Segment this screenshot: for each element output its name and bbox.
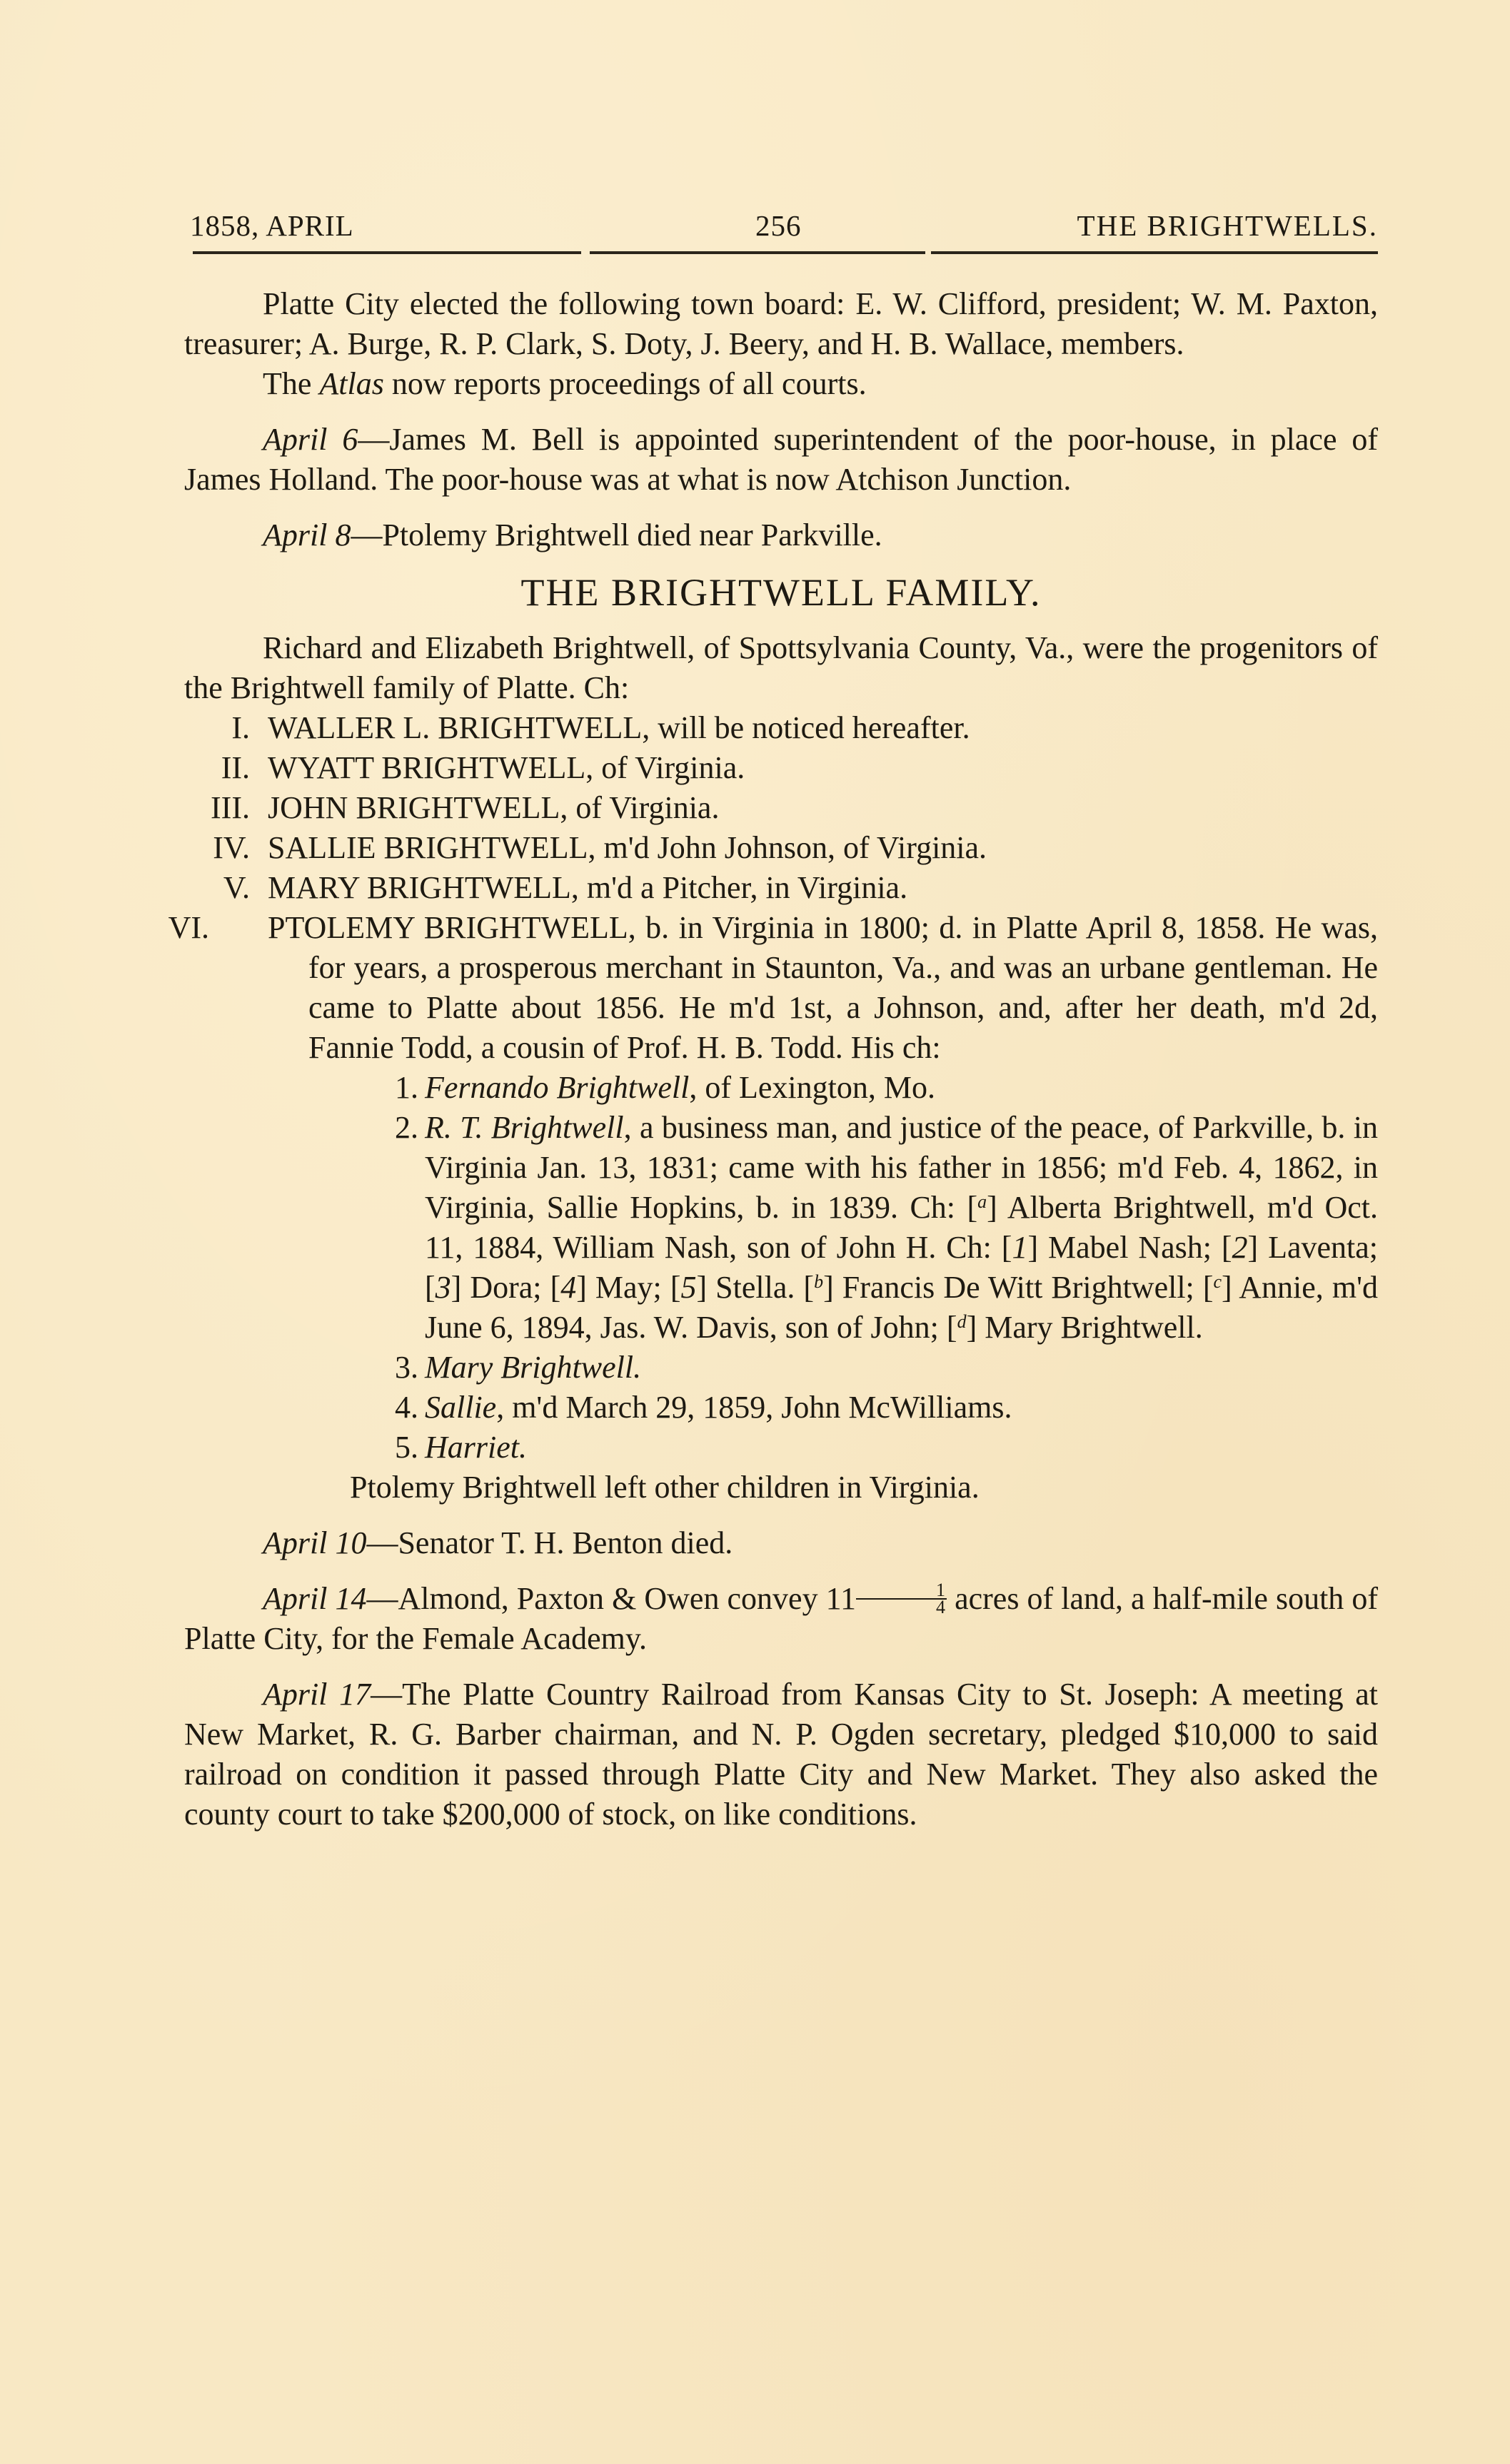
marker-d: d <box>957 1311 967 1332</box>
atlas-paragraph: The Atlas now reports proceedings of all… <box>184 364 1378 404</box>
child-b-text: Francis De Witt Brightwell; <box>834 1270 1194 1305</box>
child-entry: II. WYATT BRIGHTWELL, of Virginia. <box>184 748 1378 788</box>
child-name: MARY BRIGHTWELL, <box>268 870 579 905</box>
roman-numeral: III. <box>184 788 250 828</box>
nash-child: Dora; <box>461 1270 541 1305</box>
grandchild-name: Sallie <box>425 1390 496 1425</box>
item-number: 5. <box>395 1428 425 1468</box>
child-entry-ptolemy: VI. PTOLEMY BRIGHTWELL, b. in Virginia i… <box>184 908 1378 1068</box>
grandchild-name: Mary Brightwell. <box>425 1350 641 1385</box>
running-head-date: 1858, APRIL <box>190 208 354 243</box>
child-text: m'd a Pitcher, in Virginia. <box>579 870 907 905</box>
atlas-prefix: The <box>263 366 319 401</box>
entry-date: April 8 <box>263 517 351 552</box>
family-intro: Richard and Elizabeth Brightwell, of Spo… <box>184 628 1378 708</box>
marker-b: b <box>814 1271 823 1292</box>
entry-date: April 17 <box>263 1677 371 1712</box>
child-name: SALLIE BRIGHTWELL, <box>268 830 595 865</box>
child-text: will be noticed hereafter. <box>650 710 970 745</box>
child-name: JOHN BRIGHTWELL, <box>268 790 568 825</box>
child-entry: III. JOHN BRIGHTWELL, of Virginia. <box>184 788 1378 828</box>
page-number: 256 <box>755 208 802 243</box>
child-text: m'd John Johnson, of Virginia. <box>595 830 987 865</box>
roman-numeral: VI. <box>144 908 209 948</box>
fraction-numerator: 1 <box>856 1582 947 1600</box>
roman-numeral: V. <box>184 868 250 908</box>
nash-child: Stella. <box>707 1270 795 1305</box>
nash-child: May; <box>587 1270 662 1305</box>
fraction-one-quarter: 14 <box>856 1582 947 1615</box>
nash-number: 3 <box>436 1270 451 1305</box>
child-entry: V. MARY BRIGHTWELL, m'd a Pitcher, in Vi… <box>184 868 1378 908</box>
item-number: 3. <box>395 1348 425 1388</box>
child-name: PTOLEMY BRIGHTWELL, <box>268 910 636 945</box>
atlas-newspaper-title: Atlas <box>319 366 383 401</box>
nash-number: 2 <box>1232 1230 1248 1265</box>
header-rule-center <box>590 251 925 254</box>
roman-numeral: II. <box>184 748 250 788</box>
nash-number: 5 <box>680 1270 696 1305</box>
entry-text: —James M. Bell is appointed superintende… <box>184 422 1378 497</box>
child-name: WYATT BRIGHTWELL, <box>268 750 593 785</box>
page-body: Platte City elected the following town b… <box>184 284 1378 1834</box>
grandchild-entry: 1.Fernando Brightwell, of Lexington, Mo. <box>184 1068 1378 1108</box>
grandchild-entry: 4.Sallie, m'd March 29, 1859, John McWil… <box>184 1388 1378 1428</box>
section-heading: THE BRIGHTWELL FAMILY. <box>184 572 1378 612</box>
item-number: 1. <box>395 1068 425 1108</box>
grandchild-text: , m'd March 29, 1859, John McWilliams. <box>496 1390 1012 1425</box>
grandchild-entry: 5.Harriet. <box>184 1428 1378 1468</box>
april-17-entry: April 17—The Platte Country Railroad fro… <box>184 1675 1378 1834</box>
roman-numeral: I. <box>184 708 250 748</box>
town-board-paragraph: Platte City elected the following town b… <box>184 284 1378 364</box>
april-8-entry: April 8—Ptolemy Brightwell died near Par… <box>184 515 1378 555</box>
nash-number: 4 <box>560 1270 576 1305</box>
child-name: WALLER L. BRIGHTWELL, <box>268 710 650 745</box>
ptolemy-children-list: 1.Fernando Brightwell, of Lexington, Mo.… <box>184 1068 1378 1468</box>
entry-text: —Ptolemy Brightwell died near Parkville. <box>351 517 882 552</box>
child-entry: I. WALLER L. BRIGHTWELL, will be noticed… <box>184 708 1378 748</box>
nash-child: Laventa; <box>1258 1230 1378 1265</box>
april-6-entry: April 6—James M. Bell is appointed super… <box>184 420 1378 500</box>
family-children-list: I. WALLER L. BRIGHTWELL, will be noticed… <box>184 708 1378 1068</box>
header-rule-right <box>931 251 1378 254</box>
entry-text: —Almond, Paxton & Owen convey 11 <box>367 1581 857 1616</box>
running-head: 1858, APRIL 256 THE BRIGHTWELLS. <box>184 208 1378 244</box>
grandchild-name: R. T. Brightwell <box>425 1110 624 1145</box>
closing-note: Ptolemy Brightwell left other children i… <box>184 1468 1378 1508</box>
child-entry: IV. SALLIE BRIGHTWELL, m'd John Johnson,… <box>184 828 1378 868</box>
entry-date: April 14 <box>263 1581 367 1616</box>
marker-c: c <box>1213 1271 1222 1292</box>
grandchild-name: Fernando Brightwell <box>425 1070 689 1105</box>
april-14-entry: April 14—Almond, Paxton & Owen convey 11… <box>184 1579 1378 1659</box>
entry-date: April 10 <box>263 1525 366 1560</box>
child-text: of Virginia. <box>568 790 719 825</box>
grandchild-name: Harriet. <box>425 1430 527 1465</box>
running-head-title: THE BRIGHTWELLS. <box>1077 208 1378 243</box>
entry-date: April 6 <box>263 422 358 457</box>
child-d-text: Mary Brightwell. <box>977 1310 1203 1345</box>
atlas-suffix: now reports proceedings of all courts. <box>384 366 867 401</box>
grandchild-text: , of Lexington, Mo. <box>689 1070 935 1105</box>
fraction-denominator: 4 <box>856 1600 947 1615</box>
grandchild-entry: 3.Mary Brightwell. <box>184 1348 1378 1388</box>
nash-number: 1 <box>1012 1230 1027 1265</box>
marker-a: a <box>977 1191 987 1212</box>
entry-text: —Senator T. H. Benton died. <box>366 1525 733 1560</box>
april-10-entry: April 10—Senator T. H. Benton died. <box>184 1523 1378 1563</box>
child-text: of Virginia. <box>593 750 745 785</box>
header-rule-left <box>193 251 581 254</box>
item-number: 2. <box>395 1108 425 1148</box>
roman-numeral: IV. <box>184 828 250 868</box>
item-number: 4. <box>395 1388 425 1428</box>
nash-child: Mabel Nash; <box>1038 1230 1212 1265</box>
grandchild-entry-rt: 2.R. T. Brightwell, a business man, and … <box>184 1108 1378 1348</box>
